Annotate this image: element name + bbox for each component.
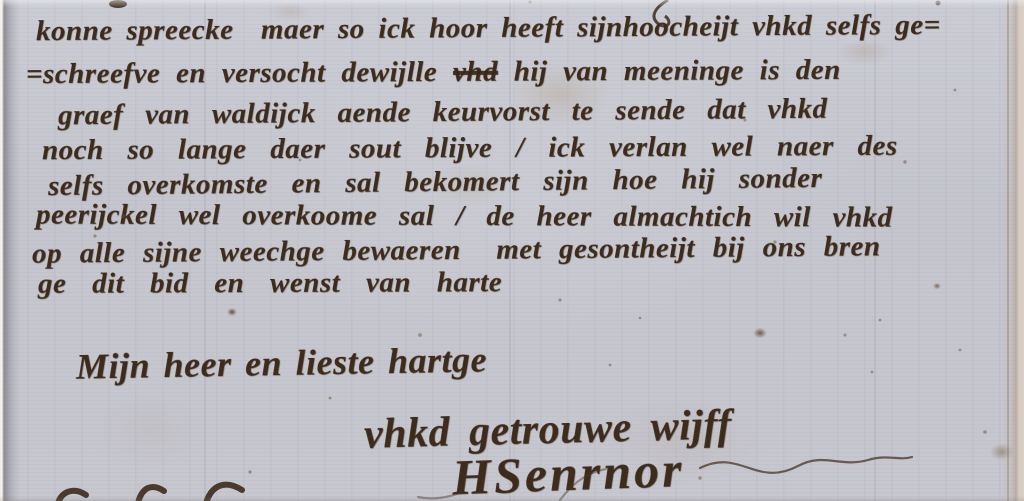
letter-line-2-post: hij van meeninge is den <box>498 54 841 88</box>
letter-line-6: peerijckel wel overkoome sal / de heer a… <box>36 199 893 235</box>
scan-edge-right <box>1000 0 1024 501</box>
scan-edge-right-crease <box>1007 0 1009 501</box>
letter-line-1: konne spreecke maer so ick hoor heeft si… <box>36 9 941 48</box>
bottom-edge-letter-fragments <box>58 485 242 501</box>
manuscript-letter-scan: konne spreecke maer so ick hoor heeft si… <box>0 0 1024 501</box>
scan-edge-left <box>0 0 20 501</box>
letter-line-8: ge dit bid en wenst van harte <box>38 266 502 301</box>
strikethrough-word: vhd <box>453 56 498 88</box>
letter-line-5: selfs overkomste en sal bekomert sijn ho… <box>48 162 823 203</box>
salutation-line: Mijn heer en lieste hartge <box>76 338 488 387</box>
letter-line-2: =schreefve en versocht dewijlle vhd hij … <box>26 54 841 91</box>
signature: HSenrnor <box>451 440 685 501</box>
letter-line-3: graef van waldijck aende keurvorst te se… <box>58 93 828 133</box>
letter-line-2-pre: =schreefve en versocht dewijlle <box>26 56 453 90</box>
letter-line-7: op alle sijne weechge bewaeren met geson… <box>32 230 881 270</box>
scan-edge-top <box>0 0 1024 7</box>
